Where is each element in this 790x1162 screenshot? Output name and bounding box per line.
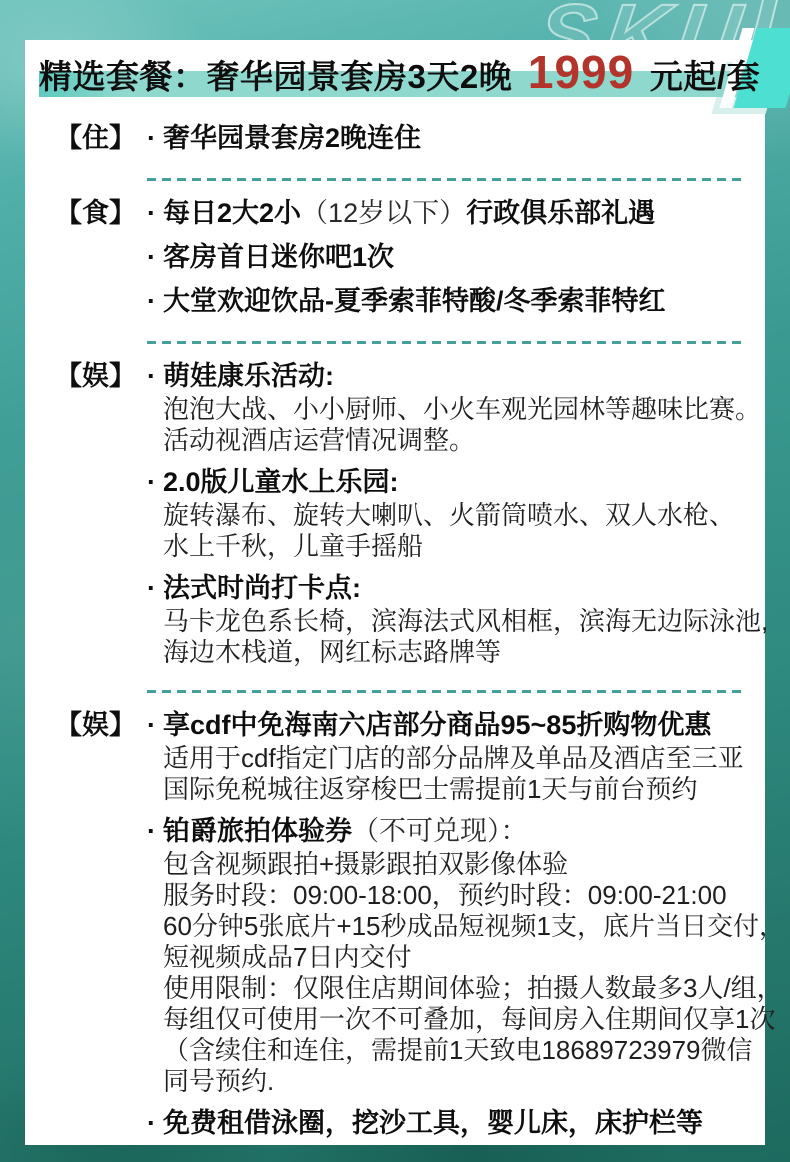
perks-cdf-line1: 适用于cdf指定门店的部分品牌及单品及酒店至三亚 <box>163 743 743 774</box>
perks-cdf-title: 享cdf中免海南六店部分商品95~85折购物优惠 <box>163 710 711 740</box>
fun-photo-spots-title: 法式时尚打卡点: <box>163 573 361 603</box>
perks-photo-voucher-title: 铂爵旅拍体验券 <box>163 816 352 846</box>
dining-minibar-text: 客房首日迷你吧1次 <box>163 242 394 272</box>
fun-water-park-line2: 水上千秋，儿童手摇船 <box>163 531 743 562</box>
perks-item-photo-voucher: ·铂爵旅拍体验券（不可兑现）： 包含视频跟拍+摄影跟拍双影像体验 服务时段：09… <box>147 813 743 1097</box>
dining-item-breakfast: ·每日2大2小（12岁以下）行政俱乐部礼遇 <box>147 195 743 231</box>
perks-photo-line1: 包含视频跟拍+摄影跟拍双影像体验 <box>163 849 743 880</box>
perks-photo-line3: 60分钟5张底片+15秒成品短视频1支，底片当日交付， <box>163 911 743 942</box>
dashed-divider <box>147 690 743 693</box>
section-dining-label: 【食】 <box>55 195 147 231</box>
package-title-text: 精选套餐：奢华园景套房3天2晚 <box>39 58 512 95</box>
perks-free-rental-text: 免费租借泳圈，挖沙工具，婴儿床，床护栏等 <box>163 1108 703 1138</box>
bullet-dot: · <box>147 239 163 275</box>
fun-water-park-line1: 旋转瀑布、旋转大喇叭、火箭筒喷水、双人水枪、 <box>163 500 743 531</box>
stay-item-text: 奢华园景套房2晚连住 <box>163 123 421 153</box>
dining-welcome-drink-text: 大堂欢迎饮品-夏季索菲特酸/冬季索菲特红 <box>163 286 666 316</box>
section-stay-label: 【住】 <box>55 120 147 156</box>
fun-item-photo-spots: ·法式时尚打卡点: 马卡龙色系长椅，滨海法式风相框，滨海无边际泳池, 海边木栈道… <box>147 570 743 668</box>
perks-photo-line6: 每组仅可使用一次不可叠加，每间房入住期间仅享1次 <box>163 1004 743 1035</box>
package-price-suffix: 元起/套 <box>650 58 760 95</box>
fun-item-heading: ·法式时尚打卡点: <box>147 570 743 606</box>
package-card: 精选套餐：奢华园景套房3天2晚 1999 元起/套 【住】 ·奢华园景套房2晚连… <box>25 40 765 1145</box>
package-price: 1999 <box>528 46 634 98</box>
bullet-dot: · <box>147 120 163 156</box>
perks-photo-line5: 使用限制：仅限住店期间体验；拍摄人数最多3人/组， <box>163 973 743 1004</box>
fun-kids-activities-line2: 活动视酒店运营情况调整。 <box>163 425 743 456</box>
bullet-dot: · <box>147 195 163 231</box>
bullet-dot: · <box>147 1105 163 1141</box>
dining-item-welcome-drink: ·大堂欢迎饮品-夏季索菲特酸/冬季索菲特红 <box>147 283 743 319</box>
perks-photo-line4: 短视频成品7日内交付 <box>163 942 743 973</box>
fun-item-heading: ·萌娃康乐活动: <box>147 358 743 394</box>
fun-item-kids-activities: ·萌娃康乐活动: 泡泡大战、小小厨师、小火车观光园林等趣味比赛。 活动视酒店运营… <box>147 358 743 456</box>
fun-kids-activities-line1: 泡泡大战、小小厨师、小火车观光园林等趣味比赛。 <box>163 394 743 425</box>
section-perks-label: 【娱】 <box>55 707 147 743</box>
perks-photo-line2: 服务时段：09:00-18:00，预约时段：09:00-21:00 <box>163 880 743 911</box>
dining-breakfast-bold1: 每日2大2小 <box>163 198 301 228</box>
section-perks: 【娱】 ·享cdf中免海南六店部分商品95~85折购物优惠 适用于cdf指定门店… <box>55 707 743 1149</box>
dining-breakfast-note: （12岁以下） <box>301 198 466 228</box>
stay-item: ·奢华园景套房2晚连住 <box>147 120 743 156</box>
bullet-dot: · <box>147 570 163 606</box>
fun-water-park-title: 2.0版儿童水上乐园: <box>163 467 399 497</box>
bullet-dot: · <box>147 358 163 394</box>
dashed-divider <box>147 341 743 344</box>
fun-photo-spots-line1: 马卡龙色系长椅，滨海法式风相框，滨海无边际泳池, <box>163 606 743 637</box>
dashed-divider <box>147 178 743 181</box>
perks-item-free-rental: ·免费租借泳圈，挖沙工具，婴儿床，床护栏等 <box>147 1105 743 1141</box>
fun-photo-spots-line2: 海边木栈道，网红标志路牌等 <box>163 637 743 668</box>
perks-cdf-line2: 国际免税城往返穿梭巴士需提前1天与前台预约 <box>163 774 743 805</box>
dining-item-heading: ·客房首日迷你吧1次 <box>147 239 743 275</box>
stay-item-heading: ·奢华园景套房2晚连住 <box>147 120 743 156</box>
perks-photo-line7: （含续住和连住，需提前1天致电18689723979微信 <box>163 1035 743 1066</box>
perks-item-heading: ·享cdf中免海南六店部分商品95~85折购物优惠 <box>147 707 743 743</box>
fun-item-heading: ·2.0版儿童水上乐园: <box>147 464 743 500</box>
perks-item-heading: ·铂爵旅拍体验券（不可兑现）： <box>147 813 743 849</box>
perks-photo-voucher-note: （不可兑现）： <box>352 816 528 846</box>
package-title: 精选套餐：奢华园景套房3天2晚 1999 元起/套 <box>25 40 765 103</box>
section-fun-label: 【娱】 <box>55 358 147 394</box>
fun-item-water-park: ·2.0版儿童水上乐园: 旋转瀑布、旋转大喇叭、火箭筒喷水、双人水枪、 水上千秋… <box>147 464 743 562</box>
section-stay: 【住】 ·奢华园景套房2晚连住 <box>55 120 743 164</box>
perks-photo-line8: 同号预约. <box>163 1066 743 1097</box>
bullet-dot: · <box>147 707 163 743</box>
dining-item-heading: ·大堂欢迎饮品-夏季索菲特酸/冬季索菲特红 <box>147 283 743 319</box>
flyer-background: SKU 精选套餐：奢华园景套房3天2晚 1999 元起/套 【住】 ·奢华园景套… <box>0 0 790 1162</box>
bullet-dot: · <box>147 464 163 500</box>
package-content: 【住】 ·奢华园景套房2晚连住 【食】 ·每日2大2小（12岁以下）行政俱乐部礼… <box>25 106 765 1149</box>
section-dining: 【食】 ·每日2大2小（12岁以下）行政俱乐部礼遇 ·客房首日迷你吧1次 ·大堂… <box>55 195 743 327</box>
dining-item-minibar: ·客房首日迷你吧1次 <box>147 239 743 275</box>
bullet-dot: · <box>147 283 163 319</box>
bullet-dot: · <box>147 813 163 849</box>
dining-item-heading: ·每日2大2小（12岁以下）行政俱乐部礼遇 <box>147 195 743 231</box>
perks-item-cdf-discount: ·享cdf中免海南六店部分商品95~85折购物优惠 适用于cdf指定门店的部分品… <box>147 707 743 805</box>
section-fun: 【娱】 ·萌娃康乐活动: 泡泡大战、小小厨师、小火车观光园林等趣味比赛。 活动视… <box>55 358 743 676</box>
fun-kids-activities-title: 萌娃康乐活动: <box>163 361 334 391</box>
perks-item-heading: ·免费租借泳圈，挖沙工具，婴儿床，床护栏等 <box>147 1105 743 1141</box>
dining-breakfast-bold2: 行政俱乐部礼遇 <box>466 198 655 228</box>
package-header: 精选套餐：奢华园景套房3天2晚 1999 元起/套 <box>25 40 765 106</box>
